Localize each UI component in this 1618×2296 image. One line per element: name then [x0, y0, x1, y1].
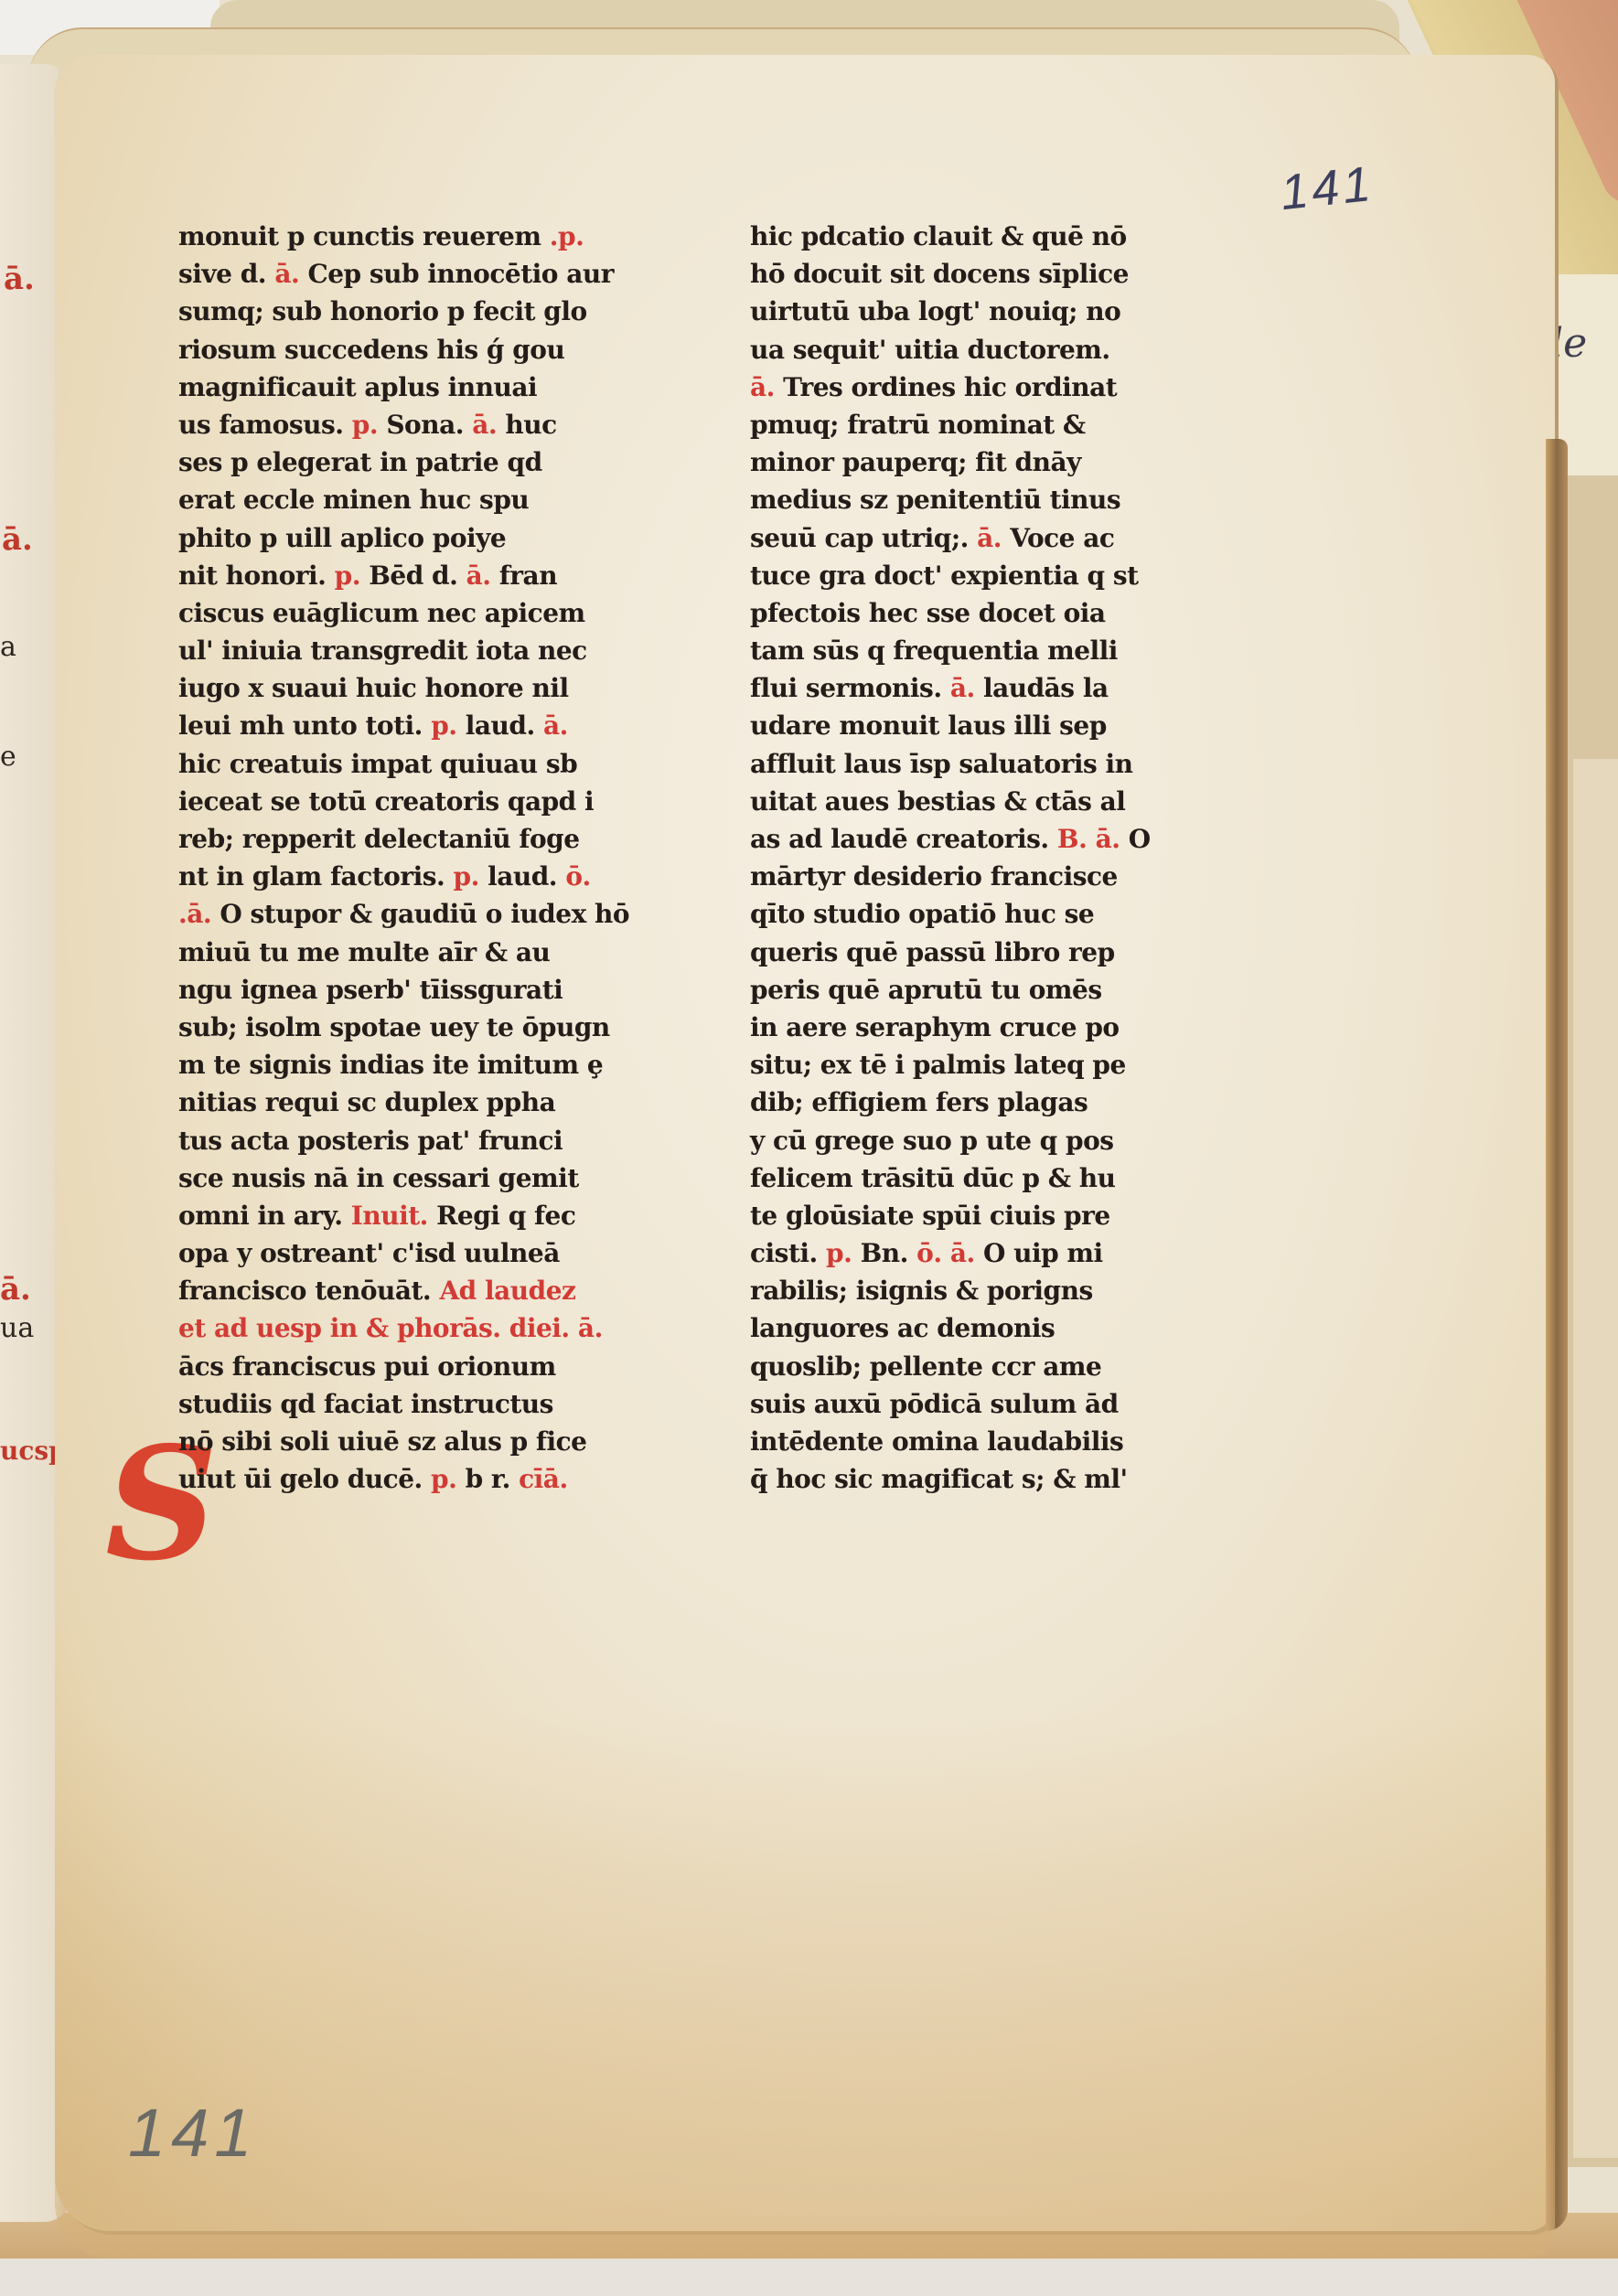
- ink-text: in aere seraphym cruce po: [750, 1012, 1120, 1042]
- ink-text: erat eccle minen huc spu: [178, 485, 529, 515]
- text-line: tam sūs q frequentia melli: [750, 632, 1262, 669]
- text-line: udare monuit laus illi sep: [750, 707, 1262, 744]
- text-line: sumq; sub honorio p fecit glo: [178, 293, 764, 330]
- left-margin-rubric: ā.: [2, 521, 33, 558]
- ink-text: laud.: [488, 861, 557, 892]
- ink-text: flui sermonis.: [750, 673, 942, 703]
- text-line: languores ac demonis: [750, 1309, 1262, 1347]
- text-line: ses p elegerat in patrie qd: [178, 443, 764, 481]
- text-line: ngu ignea pserb' tīissgurati: [178, 971, 764, 1009]
- text-line: felicem trāsitū dūc p & hu: [750, 1159, 1262, 1197]
- ink-text: as ad laudē creatoris.: [750, 824, 1049, 854]
- ink-text: phito p uill aplico poiye: [178, 523, 506, 553]
- text-line: sub; isolm spotae uey te ōpugn: [178, 1009, 764, 1046]
- ink-text: languores ac demonis: [750, 1313, 1055, 1343]
- ink-text: sumq; sub honorio p fecit glo: [178, 296, 587, 326]
- background-board-light: [1573, 759, 1618, 2158]
- text-line: y cū grege suo p ute q pos: [750, 1122, 1262, 1159]
- page-stain: [55, 1710, 1555, 2259]
- text-line: pmuq; fratrū nominat &: [750, 406, 1262, 443]
- rubric-text: p.: [431, 710, 456, 741]
- ink-text: Bēd d.: [369, 561, 457, 591]
- ink-text: magnificauit aplus innuai: [178, 372, 537, 402]
- ink-text: m te signis indias ite imitum ȩ: [178, 1050, 603, 1080]
- rubric-text: .ā.: [178, 899, 211, 929]
- text-line: hō docuit sit docens sīplice: [750, 255, 1262, 293]
- text-line: nt in glam factoris. p. laud. ō.: [178, 858, 764, 895]
- ink-text: riosum succedens his ǵ gou: [178, 335, 564, 365]
- ink-text: ul' iniuia transgredit iota nec: [178, 635, 587, 666]
- ink-text: O stupor & gaudiū o iudex hō: [220, 899, 629, 929]
- text-line: miuū tu me multe aīr & au: [178, 934, 764, 971]
- text-line: qīto studio opatiō huc se: [750, 895, 1262, 933]
- ink-text: laudās la: [983, 673, 1109, 703]
- text-line: uirtutū uba logt' nouiq; no: [750, 293, 1262, 330]
- ink-text: uirtutū uba logt' nouiq; no: [750, 296, 1120, 326]
- text-line: monuit p cunctis reuerem .p.: [178, 218, 764, 255]
- rubric-text: ā.: [274, 259, 299, 289]
- rubric-text: ā.: [466, 561, 491, 591]
- text-line: riosum succedens his ǵ gou: [178, 331, 764, 368]
- text-line: q̄ hoc sic magificat s; & ml': [750, 1460, 1262, 1498]
- text-line: nō sibi soli uiuē sz alus p fice: [178, 1423, 764, 1460]
- ink-text: Cep sub innocētio aur: [307, 259, 614, 289]
- text-line: leui mh unto toti. p. laud. ā.: [178, 707, 764, 744]
- ink-text: uiut ūi gelo ducē.: [178, 1464, 423, 1494]
- ink-text: omni in ary.: [178, 1201, 343, 1231]
- text-line: in aere seraphym cruce po: [750, 1009, 1262, 1046]
- ink-text: rabilis; isignis & porigns: [750, 1276, 1093, 1306]
- ink-text: leui mh unto toti.: [178, 710, 423, 741]
- left-margin-fragment: ua: [0, 1312, 34, 1344]
- text-line: mārtyr desiderio francisce: [750, 858, 1262, 895]
- ink-text: intēdente omina laudabilis: [750, 1426, 1123, 1457]
- text-line: nitias requi sc duplex ppha: [178, 1084, 764, 1121]
- rubric-text: p.: [431, 1464, 456, 1494]
- ink-text: iugo x suaui huic honore nil: [178, 673, 569, 703]
- ink-text: pfectois hec sse docet oia: [750, 598, 1106, 628]
- rubric-text: cīā.: [519, 1464, 568, 1494]
- text-line: medius sz penitentiū tinus: [750, 481, 1262, 518]
- text-line: sive d. ā. Cep sub innocētio aur: [178, 255, 764, 293]
- folio-number-bottom: 141: [128, 2094, 257, 2172]
- ink-text: ācs franciscus pui orionum: [178, 1351, 556, 1382]
- ink-text: Regi q fec: [436, 1201, 575, 1231]
- ink-text: fran: [499, 561, 557, 591]
- ink-text: O: [1129, 824, 1151, 854]
- ink-text: Sona.: [386, 410, 464, 440]
- ink-text: hic pdcatio clauit & quē nō: [750, 221, 1127, 251]
- background-sheet-text: le: [1550, 320, 1587, 367]
- ink-text: quoslib; pellente ccr ame: [750, 1351, 1101, 1382]
- rubric-text: ō. ā.: [916, 1238, 975, 1268]
- left-margin-fragment: a: [0, 631, 16, 663]
- ink-text: nitias requi sc duplex ppha: [178, 1087, 555, 1117]
- text-line: intēdente omina laudabilis: [750, 1423, 1262, 1460]
- text-line: ua sequit' uitia ductorem.: [750, 331, 1262, 368]
- rubric-text: et ad uesp in & phorās. diei. ā.: [178, 1313, 603, 1343]
- text-line: nit honori. p. Bēd d. ā. fran: [178, 557, 764, 594]
- text-line: phito p uill aplico poiye: [178, 519, 764, 557]
- ink-text: ieceat se totū creatoris qapd i: [178, 786, 594, 817]
- ink-text: studiis qd faciat instructus: [178, 1389, 553, 1419]
- text-line: queris quē passū libro rep: [750, 934, 1262, 971]
- text-line: peris quē aprutū tu omēs: [750, 971, 1262, 1009]
- ink-text: hō docuit sit docens sīplice: [750, 259, 1129, 289]
- text-line: .ā. O stupor & gaudiū o iudex hō: [178, 895, 764, 933]
- ink-text: monuit p cunctis reuerem: [178, 221, 541, 251]
- ink-text: affluit laus īsp saluatoris in: [750, 749, 1132, 779]
- text-line: rabilis; isignis & porigns: [750, 1272, 1262, 1309]
- rubric-text: ā.: [977, 523, 1002, 553]
- text-line: situ; ex tē i palmis lateq pe: [750, 1046, 1262, 1084]
- text-line: us famosus. p. Sona. ā. huc: [178, 406, 764, 443]
- text-line: iugo x suaui huic honore nil: [178, 669, 764, 707]
- text-line: tus acta posteris pat' frunci: [178, 1122, 764, 1159]
- ink-text: tuce gra doct' expientia q st: [750, 561, 1139, 591]
- ink-text: dib; effigiem fers plagas: [750, 1087, 1088, 1117]
- text-line: as ad laudē creatoris. B. ā. O: [750, 820, 1262, 858]
- rubric-text: p.: [335, 561, 360, 591]
- text-line: affluit laus īsp saluatoris in: [750, 745, 1262, 783]
- text-line: te gloūsiate spūi ciuis pre: [750, 1197, 1262, 1234]
- manuscript-folio: 141 141 S monuit p cunctis reuerem .p. s…: [55, 55, 1555, 2259]
- text-line: hic pdcatio clauit & quē nō: [750, 218, 1262, 255]
- ink-text: peris quē aprutū tu omēs: [750, 975, 1102, 1005]
- text-line: quoslib; pellente ccr ame: [750, 1348, 1262, 1385]
- rubric-text: p.: [454, 861, 479, 892]
- ink-text: laud.: [466, 710, 535, 741]
- rubric-text: ā.: [750, 372, 775, 402]
- ink-text: francisco tenōuāt.: [178, 1276, 431, 1306]
- ink-text: ngu ignea pserb' tīissgurati: [178, 975, 563, 1005]
- text-line: ul' iniuia transgredit iota nec: [178, 632, 764, 669]
- text-line: ācs franciscus pui orionum: [178, 1348, 764, 1385]
- text-line: uitat aues bestias & ctās al: [750, 783, 1262, 820]
- text-line: opa y ostreant' c'isd uulneā: [178, 1234, 764, 1272]
- ink-text: seuū cap utriq;.: [750, 523, 969, 553]
- ink-text: ciscus euāglicum nec apicem: [178, 598, 585, 628]
- text-line: cisti. p. Bn. ō. ā. O uip mi: [750, 1234, 1262, 1272]
- ink-text: huc: [505, 410, 556, 440]
- text-line: sce nusis nā in cessari gemit: [178, 1159, 764, 1197]
- text-line: tuce gra doct' expientia q st: [750, 557, 1262, 594]
- text-line: m te signis indias ite imitum ȩ: [178, 1046, 764, 1084]
- text-column-right: hic pdcatio clauit & quē nō hō docuit si…: [750, 218, 1262, 1498]
- rubric-text: p.: [826, 1238, 852, 1268]
- ink-text: sub; isolm spotae uey te ōpugn: [178, 1012, 610, 1042]
- rubric-text: ā.: [472, 410, 497, 440]
- ink-text: sce nusis nā in cessari gemit: [178, 1163, 579, 1193]
- text-line: flui sermonis. ā. laudās la: [750, 669, 1262, 707]
- text-line: reb; repperit delectaniū foge: [178, 820, 764, 858]
- ink-text: Voce ac: [1010, 523, 1114, 553]
- ink-text: nt in glam factoris.: [178, 861, 445, 892]
- text-line: magnificauit aplus innuai: [178, 368, 764, 406]
- left-margin-rubric: ā.: [0, 1271, 31, 1308]
- ink-text: nit honori.: [178, 561, 326, 591]
- text-line: seuū cap utriq;. ā. Voce ac: [750, 519, 1262, 557]
- rubric-text: Inuit.: [351, 1201, 428, 1231]
- text-line: francisco tenōuāt. Ad laudez: [178, 1272, 764, 1309]
- text-line: suis auxū pōdicā sulum ād: [750, 1385, 1262, 1423]
- rubric-text: .p.: [550, 221, 584, 251]
- text-line: ieceat se totū creatoris qapd i: [178, 783, 764, 820]
- left-margin-rubric: ā.: [4, 261, 35, 297]
- ink-text: tus acta posteris pat' frunci: [178, 1126, 563, 1156]
- ink-text: situ; ex tē i palmis lateq pe: [750, 1050, 1126, 1080]
- ink-text: udare monuit laus illi sep: [750, 710, 1107, 741]
- text-line: pfectois hec sse docet oia: [750, 594, 1262, 632]
- ink-text: ua sequit' uitia ductorem.: [750, 335, 1110, 365]
- ink-text: minor pauperq; fit dnāy: [750, 447, 1081, 477]
- text-line: hic creatuis impat quiuau sb: [178, 745, 764, 783]
- ink-text: nō sibi soli uiuē sz alus p fice: [178, 1426, 586, 1457]
- text-line: erat eccle minen huc spu: [178, 481, 764, 518]
- rubric-text: ō.: [565, 861, 590, 892]
- text-line: minor pauperq; fit dnāy: [750, 443, 1262, 481]
- background-surface: [0, 2259, 1618, 2296]
- text-column-left: monuit p cunctis reuerem .p. sive d. ā. …: [178, 218, 764, 1498]
- ink-text: felicem trāsitū dūc p & hu: [750, 1163, 1115, 1193]
- ink-text: tam sūs q frequentia melli: [750, 635, 1118, 666]
- ink-text: miuū tu me multe aīr & au: [178, 937, 550, 967]
- ink-text: suis auxū pōdicā sulum ād: [750, 1389, 1119, 1419]
- ink-text: O uip mi: [983, 1238, 1103, 1268]
- left-margin-fragment: e: [0, 741, 16, 773]
- text-line: omni in ary. Inuit. Regi q fec: [178, 1197, 764, 1234]
- ink-text: queris quē passū libro rep: [750, 937, 1115, 967]
- ink-text: qīto studio opatiō huc se: [750, 899, 1094, 929]
- ink-text: medius sz penitentiū tinus: [750, 485, 1120, 515]
- ink-text: Bn.: [861, 1238, 908, 1268]
- ink-text: reb; repperit delectaniū foge: [178, 824, 580, 854]
- ink-text: uitat aues bestias & ctās al: [750, 786, 1125, 817]
- rubric-text: B. ā.: [1057, 824, 1120, 854]
- ink-text: opa y ostreant' c'isd uulneā: [178, 1238, 560, 1268]
- text-line: studiis qd faciat instructus: [178, 1385, 764, 1423]
- ink-text: te gloūsiate spūi ciuis pre: [750, 1201, 1110, 1231]
- ink-text: y cū grege suo p ute q pos: [750, 1126, 1114, 1156]
- ink-text: mārtyr desiderio francisce: [750, 861, 1118, 892]
- rubric-text: ā.: [950, 673, 975, 703]
- text-line: ā. Tres ordines hic ordinat: [750, 368, 1262, 406]
- ink-text: cisti.: [750, 1238, 818, 1268]
- ink-text: Tres ordines hic ordinat: [783, 372, 1117, 402]
- rubric-text: ā.: [543, 710, 568, 741]
- text-line: dib; effigiem fers plagas: [750, 1084, 1262, 1121]
- text-line: uiut ūi gelo ducē. p. b r. cīā.: [178, 1460, 764, 1498]
- ink-text: q̄ hoc sic magificat s; & ml': [750, 1464, 1128, 1494]
- ink-text: sive d.: [178, 259, 266, 289]
- ink-text: hic creatuis impat quiuau sb: [178, 749, 577, 779]
- ink-text: b r.: [466, 1464, 510, 1494]
- ink-text: pmuq; fratrū nominat &: [750, 410, 1086, 440]
- ink-text: us famosus.: [178, 410, 344, 440]
- rubric-text: Ad laudez: [439, 1276, 575, 1306]
- text-line: et ad uesp in & phorās. diei. ā.: [178, 1309, 764, 1347]
- ink-text: ses p elegerat in patrie qd: [178, 447, 542, 477]
- folio-number-top: 141: [1278, 155, 1377, 221]
- rubric-text: p.: [352, 410, 378, 440]
- text-line: ciscus euāglicum nec apicem: [178, 594, 764, 632]
